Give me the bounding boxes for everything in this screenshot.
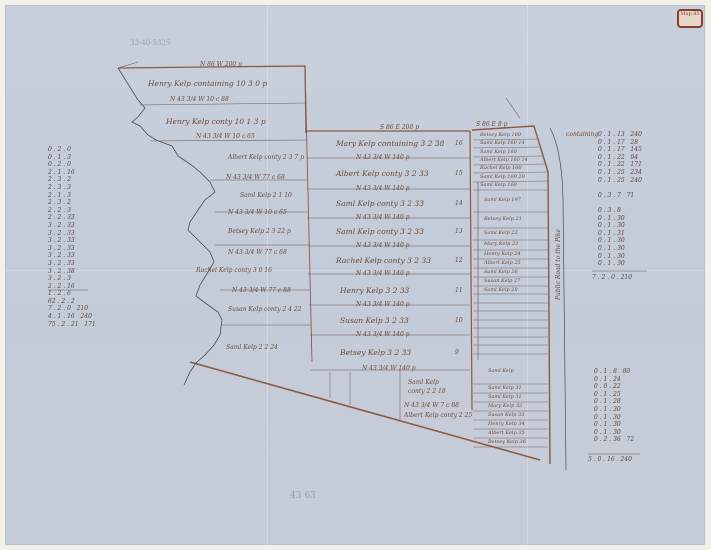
lot-bearing: N 43 3/4 W 140 p: [356, 243, 410, 249]
lot-owner: Henry Kelp conty 10 1 3 p: [166, 118, 266, 126]
lot-bearing: N 43 3/4 W 77 c 88: [232, 288, 291, 294]
strip-lot: Saml Kelp 160 14: [480, 141, 525, 146]
lot-number: 11: [455, 288, 463, 294]
lot-bearing: N 43 3/4 W 10 c 88: [170, 97, 229, 103]
lot-owner: Betsey Kelp 3 2 33: [340, 349, 411, 357]
lot-bearing: N 43 3/4 W 140 p: [356, 215, 410, 221]
strip-lot: Saml Kelp 31: [488, 395, 522, 400]
strip-lot: Rachel Kelp 160: [480, 166, 522, 171]
lot-number: 10: [455, 318, 463, 324]
lot-number: 14: [455, 201, 463, 207]
lot-owner: Henry Kelp containing 10 3 0 p: [148, 80, 267, 88]
lot-note: N 43 3/4 W 7 c 88: [404, 403, 459, 409]
strip-lot: Saml Kelp 22: [484, 231, 518, 236]
lot-bearing: N 43 3/4 W 10 c 65: [228, 210, 287, 216]
pencil-page-note: 43 63: [290, 492, 316, 501]
center-tract-top-label: S 86 E 200 p: [380, 125, 419, 131]
strip-lot: Mary Kelp 32: [488, 404, 522, 409]
strip-lot: Saml Kelp 28: [484, 288, 518, 293]
strip-lot: Saml Kelp 160 20: [480, 175, 525, 180]
strip-lot: Saml Kelp 197: [484, 198, 521, 203]
lot-owner: Albert Kelp conty 3 2 33: [336, 170, 429, 178]
lot-owner: Albert Kelp conty 2 3 7 p: [228, 155, 304, 161]
lot-owner: Susan Kelp conty 2 4 22: [228, 307, 302, 313]
lot-bearing: N 43 3/4 W 140 p: [356, 155, 410, 161]
strip-lot: Betsey Kelp 160: [480, 133, 521, 138]
lot-owner: Susan Kelp 3 2 33: [340, 317, 409, 325]
lot-note: conty 2 2 18: [408, 389, 446, 395]
lot-owner: Saml Kelp 2 2 24: [226, 345, 278, 351]
strip-lot: Henry Kelp 34: [488, 422, 525, 427]
lot-bearing: N 43 3/4 W 140 p: [362, 366, 416, 372]
strip-lot: Albert Kelp 35: [488, 431, 525, 436]
pencil-catalog-note: 33-40-5325: [130, 40, 170, 47]
right-tally-upper: 0 . 1 . 13 240 0 . 1 . 17 28 0 . 1 . 17 …: [598, 131, 642, 268]
lot-note: Saml Kelp: [408, 380, 439, 386]
strip-lot: Susan Kelp 33: [488, 413, 524, 418]
road-label: Public Road to the Pike: [556, 229, 562, 300]
right-tally-lower: 0 . 1 . 8 80 0 . 1 . 24 0 . 0 . 22 0 . 1…: [594, 368, 634, 444]
lot-bearing: N 43 3/4 W 10 c 65: [196, 134, 255, 140]
strip-lot: Susan Kelp 27: [484, 279, 520, 284]
lot-bearing: N 43 3/4 W 140 p: [356, 186, 410, 192]
strip-tract-top-label: S 86 E 8 p: [476, 122, 507, 128]
lot-bearing: N 43 3/4 W 77 c 68: [228, 250, 287, 256]
right-tally-lower-total: 5 . 0 . 16 . 240: [588, 456, 632, 464]
lot-owner: Saml Kelp conty 3 2 33: [336, 228, 424, 236]
right-tally-upper-total: 7 . 2 . 0 . 210: [592, 274, 632, 282]
lot-owner: Saml Kelp conty 3 2 33: [336, 200, 424, 208]
archive-stamp: Map 85: [677, 9, 703, 28]
left-tally-column: 0 . 2 . 0 0 . 1 . 3 0 . 2 . 0 2 . 1 . 16…: [48, 146, 96, 328]
lot-number: 13: [455, 229, 463, 235]
lot-bearing: N 43 3/4 W 77 c 68: [226, 175, 285, 181]
lot-owner: Betsey Kelp 2 3 22 p: [228, 229, 291, 235]
strip-lot: Saml Kelp 160: [480, 183, 517, 188]
lot-bearing: N 43 3/4 W 140 p: [356, 302, 410, 308]
lot-number: 9: [455, 350, 459, 356]
lot-bearing: N 43 3/4 W 140 p: [356, 271, 410, 277]
strip-lot: Mary Kelp 23: [484, 242, 518, 247]
strip-lot: Henry Kelp 24: [484, 252, 521, 257]
lot-owner: Rachel Kelp conty 3 2 33: [336, 257, 431, 265]
stamp-text: Map 85: [680, 11, 699, 17]
lot-number: 12: [455, 258, 463, 264]
lot-note: Albert Kelp conty 2 25: [404, 413, 472, 419]
strip-lot: Saml Kelp 160: [480, 150, 517, 155]
strip-lot: Saml Kelp 31: [488, 386, 522, 391]
strip-lot: Albert Kelp 25: [484, 261, 521, 266]
lot-owner: Saml Kelp 2 1 10: [240, 193, 292, 199]
lot-owner: Rachel Kelp conty 3 0 16: [196, 268, 272, 274]
strip-lot: Betsey Kelp 36: [488, 440, 526, 445]
lot-owner: Henry Kelp 3 2 33: [340, 287, 409, 295]
strip-lot: Albert Kelp 160 14: [480, 158, 528, 163]
lot-number: 16: [455, 141, 463, 147]
left-tract-top-label: N 86 W 200 p: [200, 62, 242, 68]
strip-lot: Saml Kelp 26: [484, 270, 518, 275]
strip-lot: Betsey Kelp 21: [484, 217, 522, 222]
lot-number: 15: [455, 171, 463, 177]
right-tally-label: containing: [566, 132, 598, 138]
lot-bearing: N 43 3/4 W 140 p: [356, 332, 410, 338]
lot-owner: Mary Kelp containing 3 2 38: [336, 140, 444, 148]
strip-lot: Saml Kelp: [488, 369, 514, 374]
